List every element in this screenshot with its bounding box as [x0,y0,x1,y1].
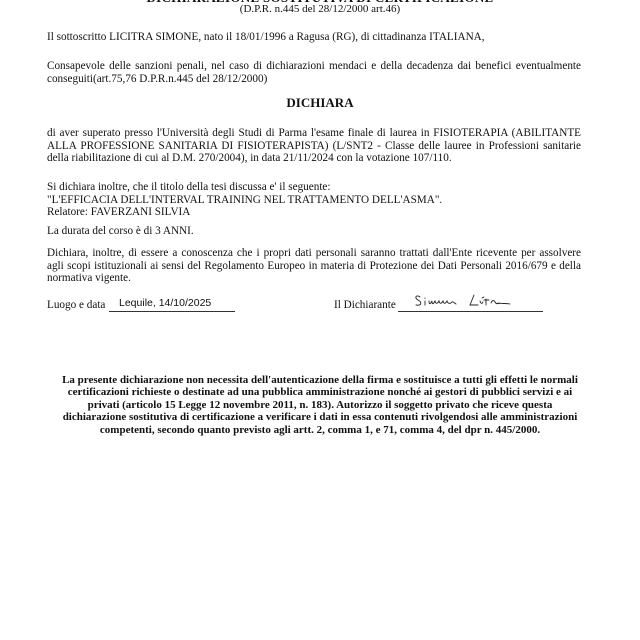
luogo-label: Luogo e data [47,299,105,312]
tesi-intro: Si dichiara inoltre, che il titolo della… [47,181,607,194]
document-page: DICHIARAZIONE SOSTITUTIVA DI CERTIFICAZI… [0,0,640,640]
intro-paragraph: Il sottoscritto LICITRA SIMONE, nato il … [47,31,581,44]
privacy-paragraph: Dichiara, inoltre, di essere a conoscenz… [47,247,581,285]
tesi-section: Si dichiara inoltre, che il titolo della… [47,181,607,219]
dichiarante-label: Il Dichiarante [334,299,396,312]
dichiarante-field [398,293,543,312]
dichiara-heading: DICHIARA [0,97,640,110]
legal-footer-note: La presente dichiarazione non necessita … [55,374,585,436]
relatore: Relatore: FAVERZANI SILVIA [47,206,607,219]
laurea-paragraph: di aver superato presso l'Università deg… [47,127,581,165]
durata-paragraph: La durata del corso è di 3 ANNI. [47,225,581,238]
document-subtitle: (D.P.R. n.445 del 28/12/2000 art.46) [0,3,640,16]
consapevole-paragraph: Consapevole delle sanzioni penali, nel c… [47,60,581,85]
signature-icon [412,291,542,311]
luogo-value: Lequile, 14/10/2025 [119,297,211,310]
luogo-field: Lequile, 14/10/2025 [109,297,235,312]
tesi-title: "L'EFFICACIA DELL'INTERVAL TRAINING NEL … [47,194,607,207]
signature-row: Luogo e data Lequile, 14/10/2025 Il Dich… [47,296,567,314]
